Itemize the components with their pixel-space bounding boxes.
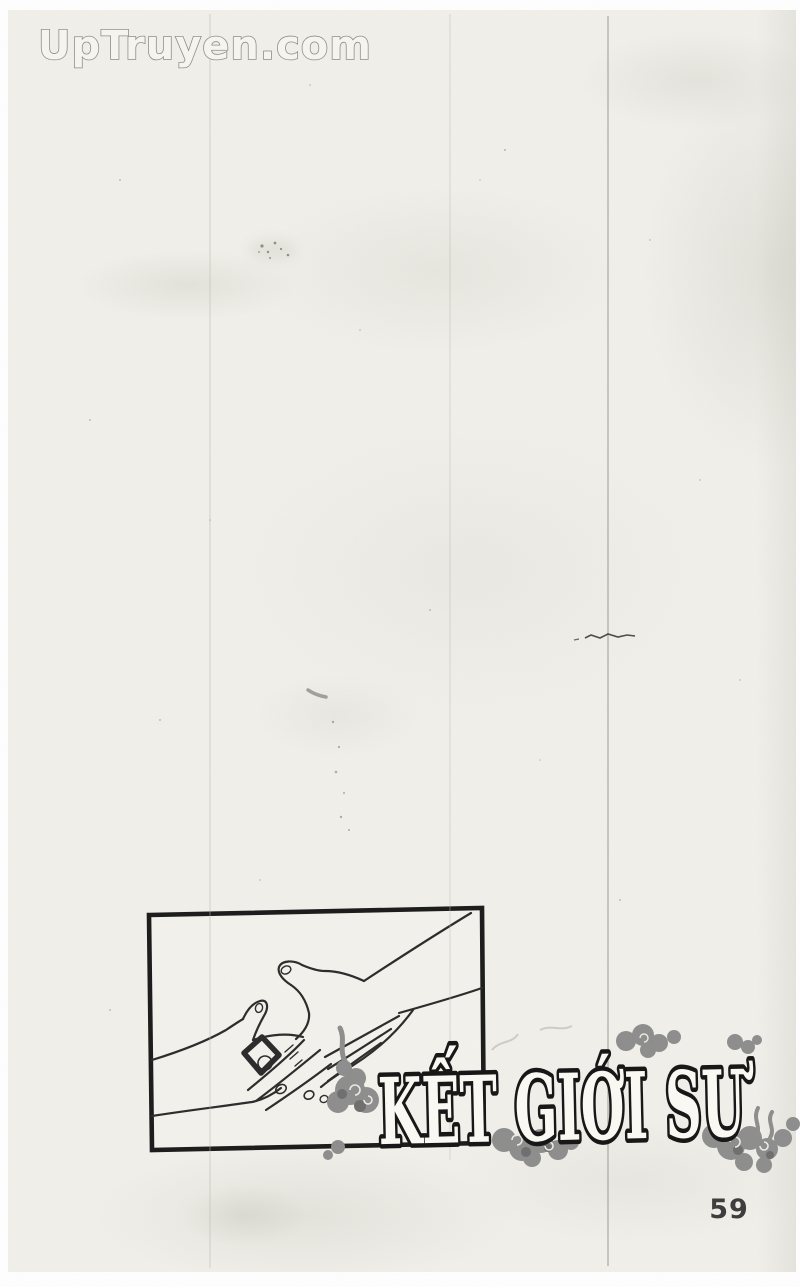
scanned-manga-page: KẾT GIỚI SƯ UpTruyen.com 59 xyxy=(0,0,800,1287)
page-artwork: KẾT GIỚI SƯ UpTruyen.com 59 xyxy=(0,0,800,1287)
paper-grain-texture xyxy=(0,0,800,1287)
